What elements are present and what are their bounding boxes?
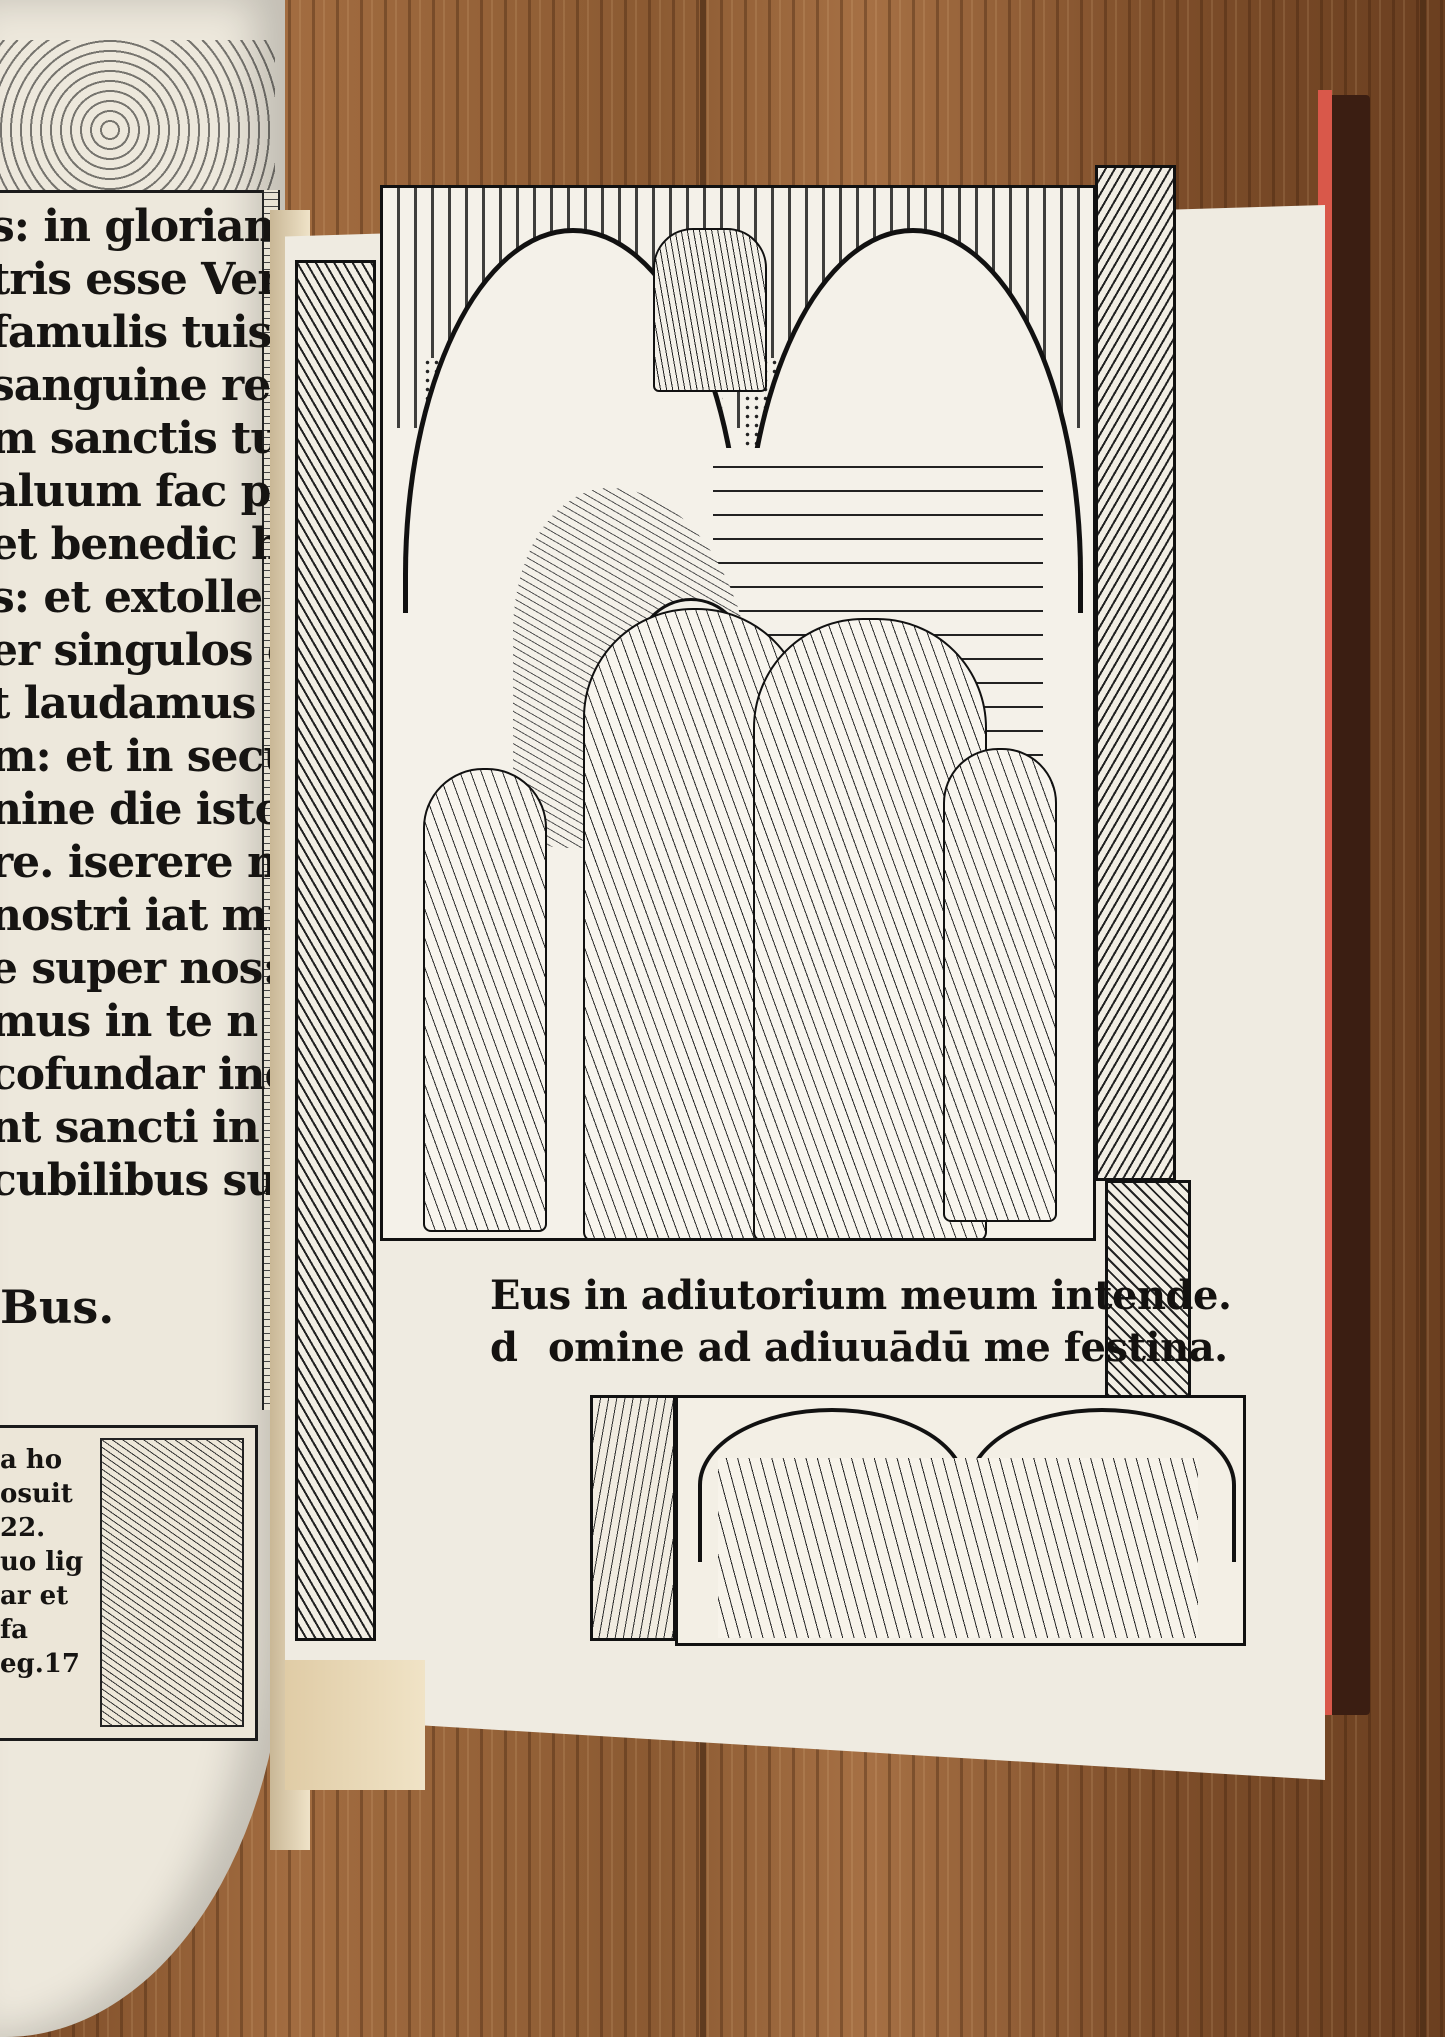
prophet-figure-illustration (100, 1438, 244, 1727)
inset-line: eg.17 (0, 1647, 90, 1681)
left-foliage-border (295, 260, 376, 1641)
text-line: m sanctis tuis in (0, 412, 265, 465)
initial-letter: d (490, 1322, 548, 1374)
text-line: et benedic heredi (0, 518, 265, 571)
woodcut-caption: Eus in adiutorium meum intende. domine a… (490, 1270, 1130, 1374)
inset-line: a ho (0, 1443, 90, 1477)
caption-line-2-text: omine ad adiuuādū me festina. (548, 1324, 1228, 1371)
text-line: nostri iat mi- (0, 889, 265, 942)
closing-word: Bus. (0, 1280, 114, 1334)
text-line: sanguine redemi (0, 359, 265, 412)
crowned-king-figure (653, 228, 767, 392)
text-line: m: et in seculum (0, 730, 265, 783)
text-line: famulis tuis sub (0, 306, 265, 359)
caption-line-1: Eus in adiutorium meum intende. (490, 1270, 1130, 1322)
woodcut-illustration (295, 165, 1225, 1665)
bottom-left-figure-panel (590, 1395, 676, 1641)
text-line: cofundar ineter (0, 1048, 265, 1101)
gothic-text-block: s: in gloriam pa- tris esse Venturus fam… (0, 200, 265, 1207)
inset-line: ar et fa (0, 1579, 90, 1647)
text-line: er singulos dies (0, 624, 265, 677)
inset-line: 22. (0, 1511, 90, 1545)
left-page-content: s: in gloriam pa- tris esse Venturus fam… (0, 0, 285, 1800)
right-prophet-border (1095, 165, 1176, 1181)
text-line: s: in gloriam pa- (0, 200, 265, 253)
bottom-worshippers-panel (675, 1395, 1246, 1646)
angel-figures (423, 768, 547, 1232)
text-line: s: et extolle illos (0, 571, 265, 624)
inset-line: uo lig (0, 1545, 90, 1579)
page-fold-shadow (285, 1660, 425, 1790)
text-line: nine die isto: sine (0, 783, 265, 836)
text-line: mus in te n te (0, 995, 265, 1048)
text-line: e super nos: que (0, 942, 265, 995)
attendant-figure (943, 748, 1057, 1222)
praying-figures (718, 1458, 1198, 1638)
text-line: t laudamus no- (0, 677, 265, 730)
text-line: cubilibus suis (0, 1154, 265, 1207)
inset-line: osuit (0, 1477, 90, 1511)
visitation-scene (380, 185, 1096, 1241)
text-line: re. iserere no- (0, 836, 265, 889)
text-line: nt sancti in glo- (0, 1101, 265, 1154)
foliate-header-ornament (0, 40, 275, 193)
text-line: tris esse Venturus (0, 253, 265, 306)
table-seam (1420, 0, 1426, 2037)
inset-text: a ho osuit 22. uo lig ar et fa eg.17 (0, 1443, 90, 1681)
caption-line-2: domine ad adiuuādū me festina. (490, 1322, 1130, 1374)
prophet-inset-panel: a ho osuit 22. uo lig ar et fa eg.17 (0, 1425, 258, 1741)
text-line: aluum fac popu (0, 465, 265, 518)
